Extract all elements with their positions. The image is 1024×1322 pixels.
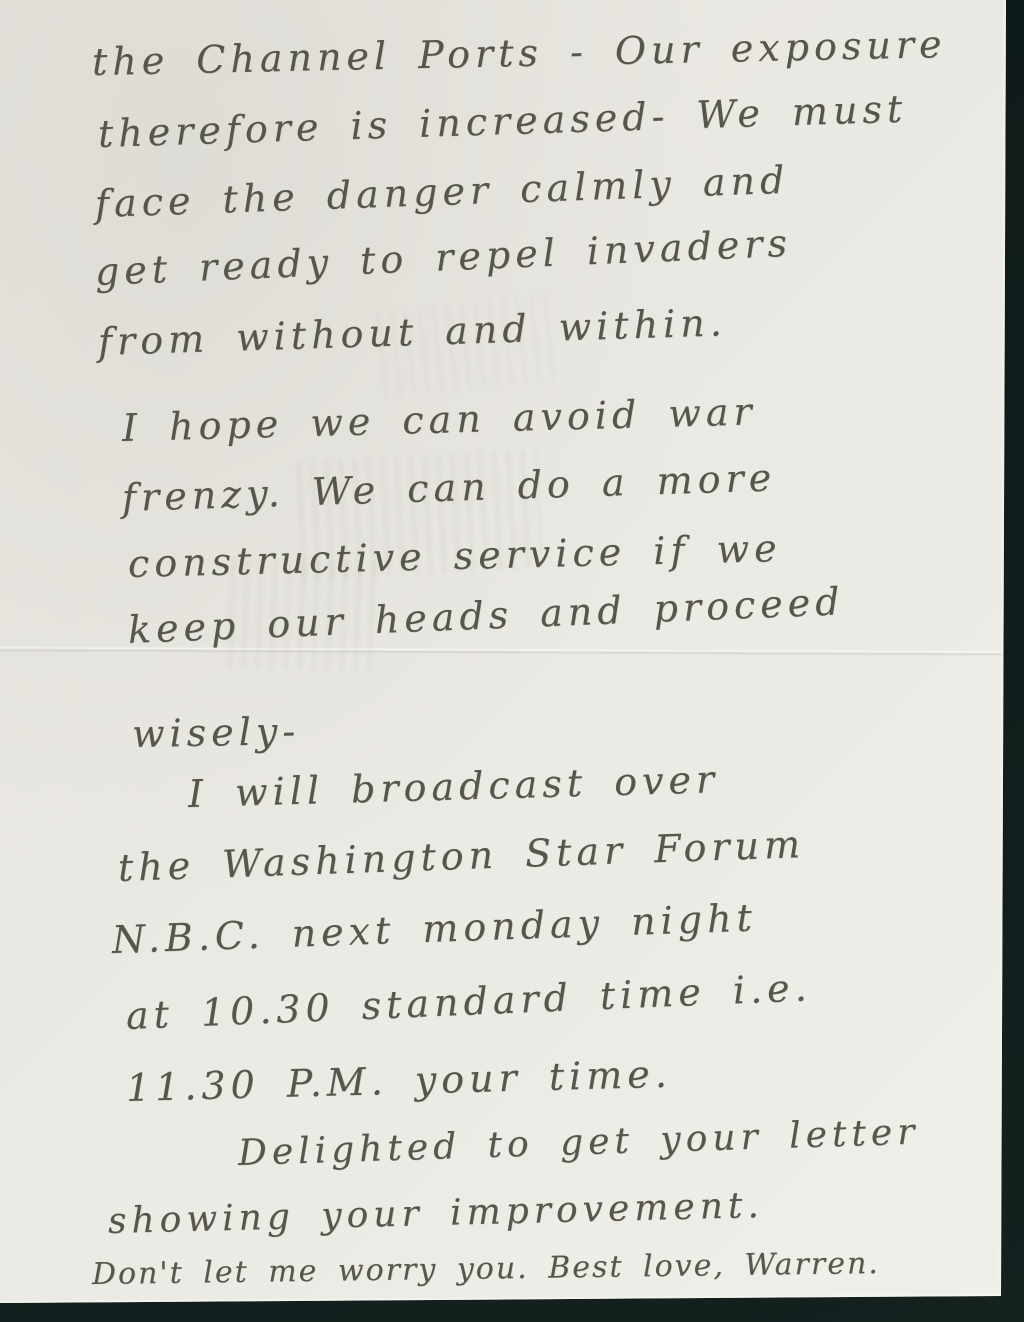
letter-page: the Channel Ports - Our exposure therefo… bbox=[0, 0, 1024, 1322]
handwritten-line: Delighted to get your letter bbox=[237, 1113, 920, 1174]
scanner-background: the Channel Ports - Our exposure therefo… bbox=[0, 0, 1024, 1322]
handwritten-line: from without and within. bbox=[97, 302, 727, 364]
handwritten-line: I hope we can avoid war bbox=[121, 391, 757, 449]
handwritten-line: wisely- bbox=[132, 711, 301, 756]
handwritten-line: constructive service if we bbox=[127, 528, 782, 586]
handwritten-line: therefore is increased- We must bbox=[97, 89, 907, 156]
handwritten-line: frenzy. We can do a more bbox=[121, 457, 776, 519]
handwritten-line: showing your improvement. bbox=[108, 1186, 765, 1242]
handwritten-line: keep our heads and proceed bbox=[127, 581, 845, 652]
handwritten-line: I will broadcast over bbox=[187, 759, 719, 816]
handwritten-line: face the danger calmly and bbox=[94, 160, 790, 226]
handwritten-line: the Washington Star Forum bbox=[117, 824, 805, 890]
handwritten-line: 11.30 P.M. your time. bbox=[125, 1054, 672, 1110]
handwritten-line: the Channel Ports - Our exposure bbox=[92, 24, 947, 84]
handwriting-block: the Channel Ports - Our exposure therefo… bbox=[0, 0, 1024, 1322]
handwritten-line: Don't let me worry you. Best love, Warre… bbox=[92, 1247, 880, 1291]
handwritten-line: N.B.C. next monday night bbox=[111, 897, 757, 961]
handwritten-line: at 10.30 standard time i.e. bbox=[125, 967, 812, 1037]
handwritten-line: get ready to repel invaders bbox=[94, 223, 793, 294]
